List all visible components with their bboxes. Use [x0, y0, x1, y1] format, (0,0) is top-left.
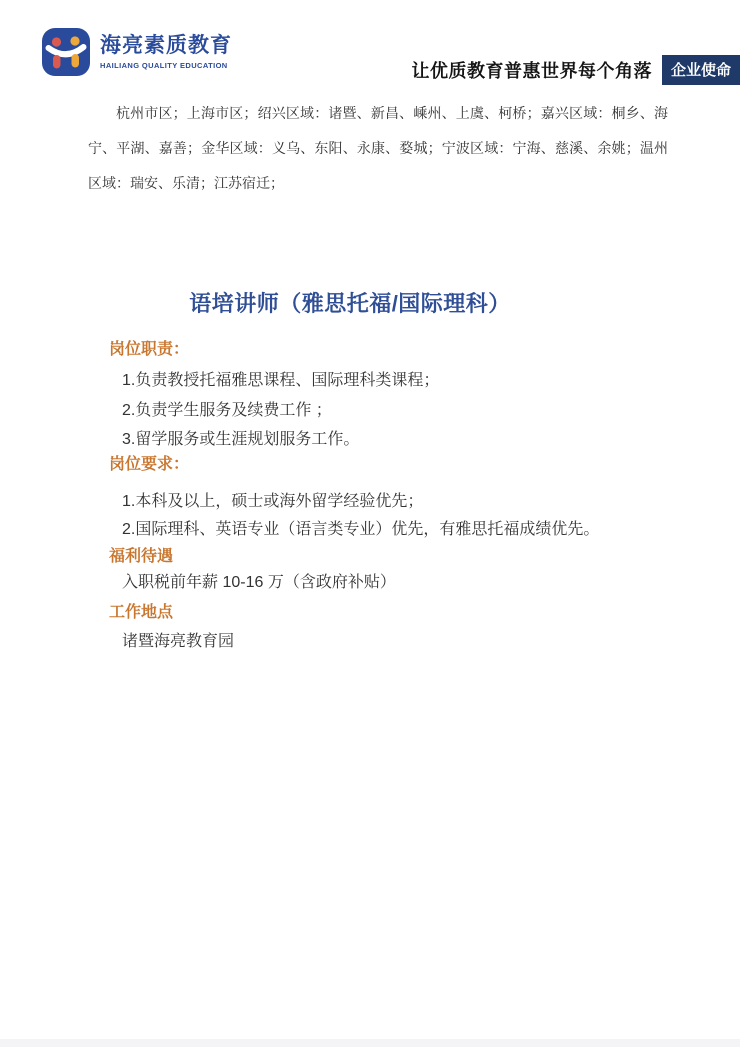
brand-name-en: HAILIANG QUALITY EDUCATION — [100, 61, 320, 70]
location-item-1: 诸暨海亮教育园 — [122, 633, 234, 651]
locations-line-1: 杭州市区；上海市区；绍兴区域：诸暨、新昌、嵊州、上虞、柯桥；嘉兴区域：桐乡、海 — [88, 96, 668, 131]
section-heading-responsibilities: 岗位职责： — [109, 341, 189, 359]
smile-h-icon — [42, 28, 90, 76]
job-title: 语培讲师（雅思托福/国际理科） — [0, 287, 700, 318]
section-heading-location: 工作地点 — [109, 604, 173, 622]
section-heading-benefits: 福利待遇 — [109, 548, 173, 566]
locations-line-2: 宁、平湖、嘉善；金华区域：义乌、东阳、永康、婺城；宁波区域：宁海、慈溪、余姚；温… — [88, 131, 668, 166]
mission-badge: 企业使命 — [662, 55, 740, 85]
document-page: 海亮素质教育 HAILIANG QUALITY EDUCATION 让优质教育普… — [0, 0, 740, 1047]
responsibility-item-1: 1.负责教授托福雅思课程、国际理科类课程； — [122, 372, 439, 390]
requirement-item-2: 2.国际理科、英语专业（语言类专业）优先，有雅思托福成绩优先。 — [122, 521, 599, 539]
locations-line-3: 区域：瑞安、乐清；江苏宿迁； — [88, 166, 668, 201]
brand-block: 海亮素质教育 HAILIANG QUALITY EDUCATION — [100, 33, 320, 70]
brand-name-cn: 海亮素质教育 — [100, 33, 320, 59]
responsibility-item-3: 3.留学服务或生涯规划服务工作。 — [122, 431, 359, 449]
benefits-item-1: 入职税前年薪 10-16 万（含政府补贴） — [122, 574, 396, 592]
mission-row: 让优质教育普惠世界每个角落 企业使命 — [411, 55, 740, 85]
locations-paragraph: 杭州市区；上海市区；绍兴区域：诸暨、新昌、嵊州、上虞、柯桥；嘉兴区域：桐乡、海 … — [88, 96, 668, 201]
responsibility-item-2: 2.负责学生服务及续费工作 ； — [122, 402, 332, 420]
section-heading-requirements: 岗位要求： — [109, 456, 189, 474]
page-bottom-edge — [0, 1039, 740, 1047]
company-logo — [42, 28, 90, 76]
mission-tagline: 让优质教育普惠世界每个角落 — [411, 57, 652, 83]
requirement-item-1: 1.本科及以上，硕士或海外留学经验优先； — [122, 493, 423, 511]
